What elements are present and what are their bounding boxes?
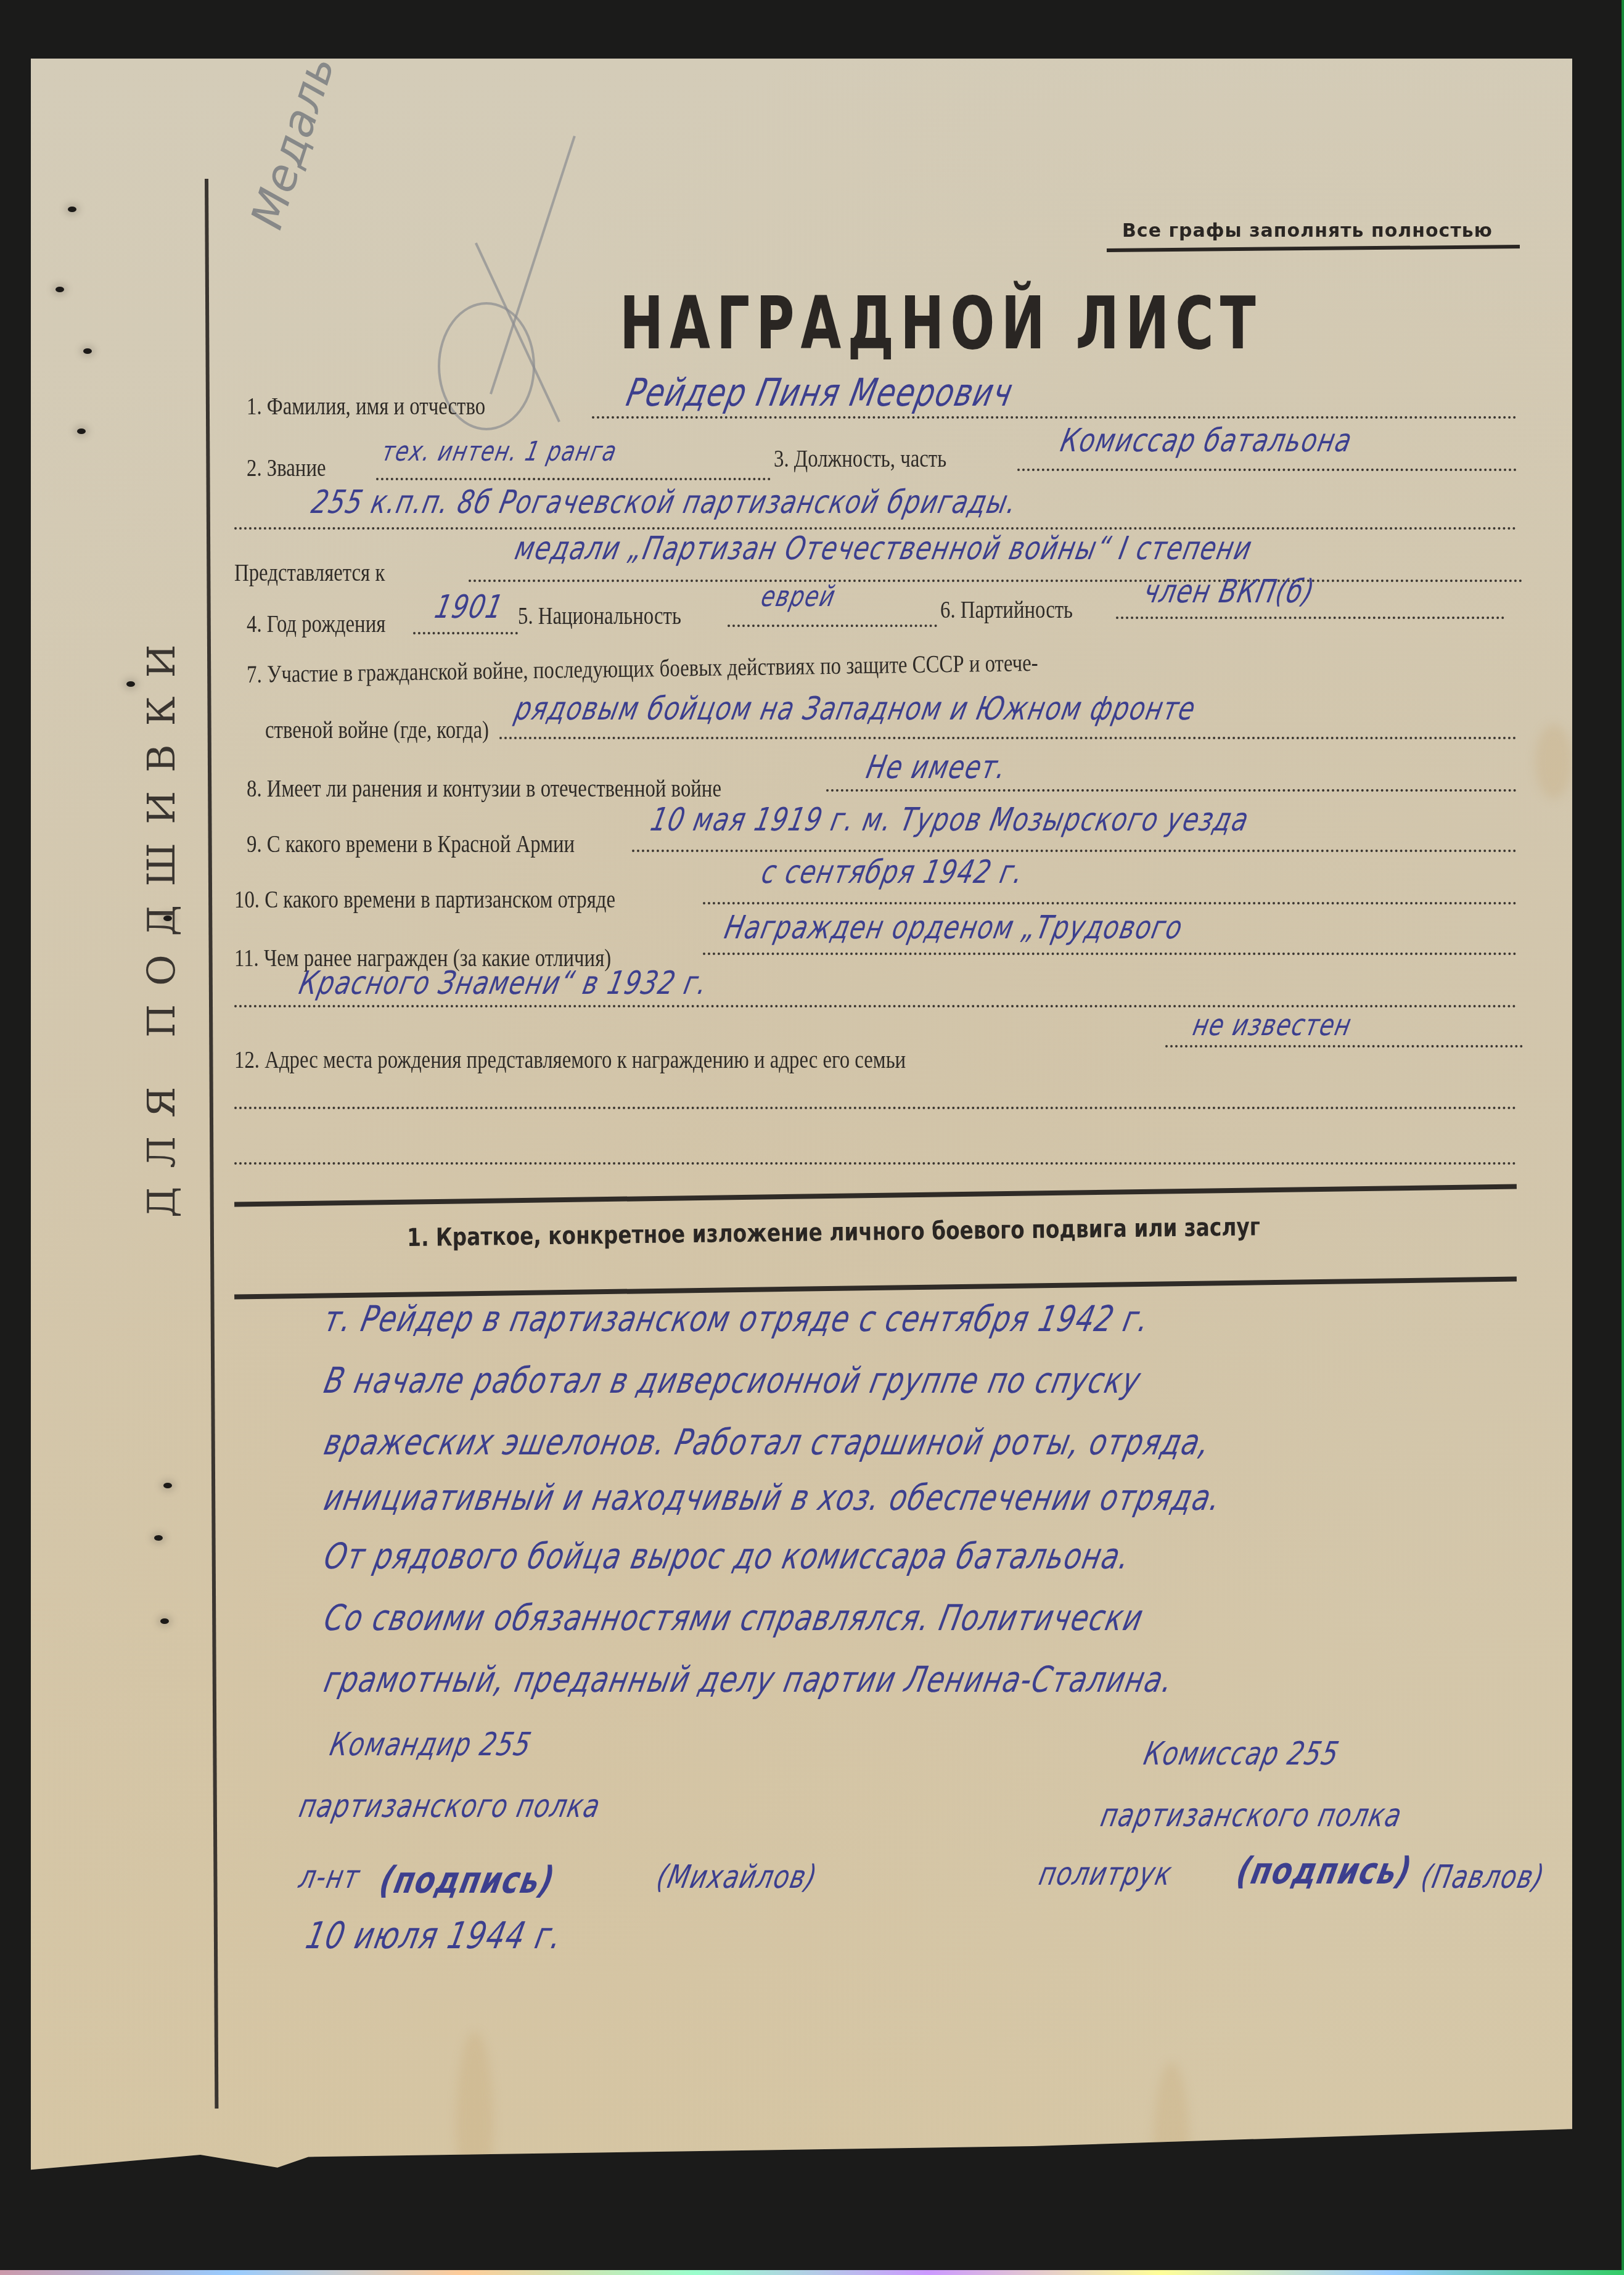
field-9-value[interactable]: 10 мая 1919 г. м. Туров Мозырского уезда — [647, 801, 1252, 838]
commander-title-line2: партизанского полка — [296, 1788, 604, 1825]
field-7-line — [499, 737, 1517, 739]
narrative-line: Со своими обязанностями справлялся. Поли… — [321, 1597, 1147, 1639]
narrative-line: грамотный, преданный делу партии Ленина-… — [321, 1658, 1178, 1700]
punch-hole — [83, 348, 92, 354]
field-3-value[interactable]: Комиссар батальона — [1057, 422, 1356, 459]
punch-hole — [126, 681, 135, 687]
commissar-name: (Павлов) — [1418, 1859, 1548, 1896]
sign-date: 10 июля 1944 г. — [302, 1914, 567, 1957]
commissar-signature: (подпись) — [1233, 1850, 1416, 1893]
award-sheet-paper: ДЛЯ ПОДШИВКИ Все графы заполнять полност… — [31, 59, 1572, 2204]
commissar-title-line2: партизанского полка — [1097, 1797, 1406, 1834]
field-9-label: 9. С какого времени в Красной Армии — [247, 829, 575, 858]
field-5-value[interactable]: еврей — [758, 580, 839, 613]
field-7-label-line1: 7. Участие в гражданской войне, последую… — [247, 648, 1038, 689]
field-10-label: 10. С какого времени в партизанском отря… — [234, 885, 615, 914]
field-5-label: 5. Национальность — [518, 601, 681, 630]
section-rule-top — [234, 1184, 1517, 1207]
field-12-blank-line — [234, 1107, 1517, 1109]
field-7-value[interactable]: рядовым бойцом на Западном и Южном фронт… — [512, 691, 1199, 728]
field-6-label: 6. Партийность — [940, 595, 1073, 624]
punch-hole — [77, 428, 86, 434]
note-underline — [1107, 245, 1520, 252]
nominated-for-line — [469, 580, 1523, 582]
field-11-value[interactable]: Награжден орденом „Трудового — [721, 909, 1186, 946]
punch-hole — [55, 287, 64, 292]
field-12-label: 12. Адрес места рождения представляемого… — [234, 1045, 906, 1074]
paper-stain — [1535, 724, 1572, 798]
narrative-line: От рядового бойца вырос до комиссара бат… — [321, 1535, 1134, 1577]
paper-stain — [1153, 2062, 1190, 2247]
field-3-cont-line — [234, 527, 1517, 530]
scan-artifact-strip — [0, 2270, 1624, 2275]
field-6-line — [1116, 617, 1504, 619]
nominated-for-value[interactable]: медали „Партизан Отечественной войны“ I … — [512, 530, 1256, 567]
paper-stain — [456, 2031, 493, 2216]
field-1-value[interactable]: Рейдер Пиня Меерович — [623, 370, 1017, 415]
field-12-value[interactable]: не известен — [1190, 1008, 1355, 1043]
punch-hole — [160, 1618, 169, 1624]
narrative-line: т. Рейдер в партизанском отряде с сентяб… — [321, 1298, 1154, 1340]
commander-rank: л-нт — [296, 1859, 364, 1896]
punch-hole — [68, 207, 76, 212]
field-8-value[interactable]: Не имеет. — [863, 749, 1011, 786]
field-1-label: 1. Фамилия, имя и отчество — [247, 391, 485, 420]
binding-margin-rule — [205, 179, 218, 2109]
commissar-title-line1: Комиссар 255 — [1141, 1736, 1343, 1773]
punch-hole — [163, 1483, 172, 1488]
field-1-line — [592, 416, 1517, 419]
punch-hole — [163, 916, 172, 921]
field-3-line — [1017, 469, 1517, 471]
fill-all-fields-note: Все графы заполнять полностью — [1122, 220, 1493, 242]
document-title: НАГРАДНОЙ ЛИСТ — [620, 281, 1262, 366]
field-4-line — [413, 632, 518, 634]
field-7-label-line2: ственой войне (где, когда) — [265, 715, 489, 744]
field-9-line — [632, 850, 1517, 852]
field-8-label: 8. Имеет ли ранения и контузии в отечест… — [247, 774, 721, 803]
field-10-value[interactable]: с сентября 1942 г. — [758, 854, 1027, 891]
field-3-value-cont[interactable]: 255 к.п.п. 8б Рогачевской партизанской б… — [308, 484, 1020, 521]
field-11-value-cont[interactable]: Красного Знамени“ в 1932 г. — [296, 965, 712, 1002]
section-rule-bottom — [234, 1276, 1517, 1299]
commander-signature: (подпись) — [376, 1859, 559, 1902]
field-4-value[interactable]: 1901 — [432, 589, 507, 626]
section-1-heading: 1. Краткое, конкретное изложение личного… — [407, 1213, 1260, 1252]
commander-title-line1: Командир 255 — [327, 1726, 535, 1763]
scan-edge — [1622, 0, 1624, 2275]
field-11-cont-line — [234, 1005, 1517, 1007]
commander-name: (Михайлов) — [654, 1859, 821, 1896]
narrative-line: вражеских эшелонов. Работал старшиной ро… — [321, 1421, 1215, 1463]
field-8-line — [826, 789, 1517, 792]
field-10-line — [703, 902, 1517, 904]
field-12-blank-line — [234, 1162, 1517, 1165]
nominated-for-label: Представляется к — [234, 558, 385, 587]
field-3-label: 3. Должность, часть — [774, 444, 946, 473]
commissar-rank: политрук — [1036, 1856, 1176, 1893]
narrative-line: В начале работал в диверсионной группе п… — [321, 1359, 1145, 1401]
field-12-line — [1165, 1045, 1523, 1047]
binding-margin-label: ДЛЯ ПОДШИВКИ — [139, 626, 184, 1218]
field-2-line — [376, 478, 771, 480]
field-2-value[interactable]: тех. интен. 1 ранга — [379, 436, 620, 467]
field-11-line — [703, 953, 1517, 955]
narrative-line: инициативный и находчивый в хоз. обеспеч… — [321, 1477, 1225, 1519]
field-6-value[interactable]: член ВКП(б) — [1141, 573, 1318, 610]
pencil-annotation: Медаль получил — [240, 0, 409, 235]
field-4-label: 4. Год рождения — [247, 609, 385, 638]
punch-hole — [154, 1535, 163, 1541]
field-2-label: 2. Звание — [247, 453, 326, 482]
field-5-line — [728, 625, 937, 627]
